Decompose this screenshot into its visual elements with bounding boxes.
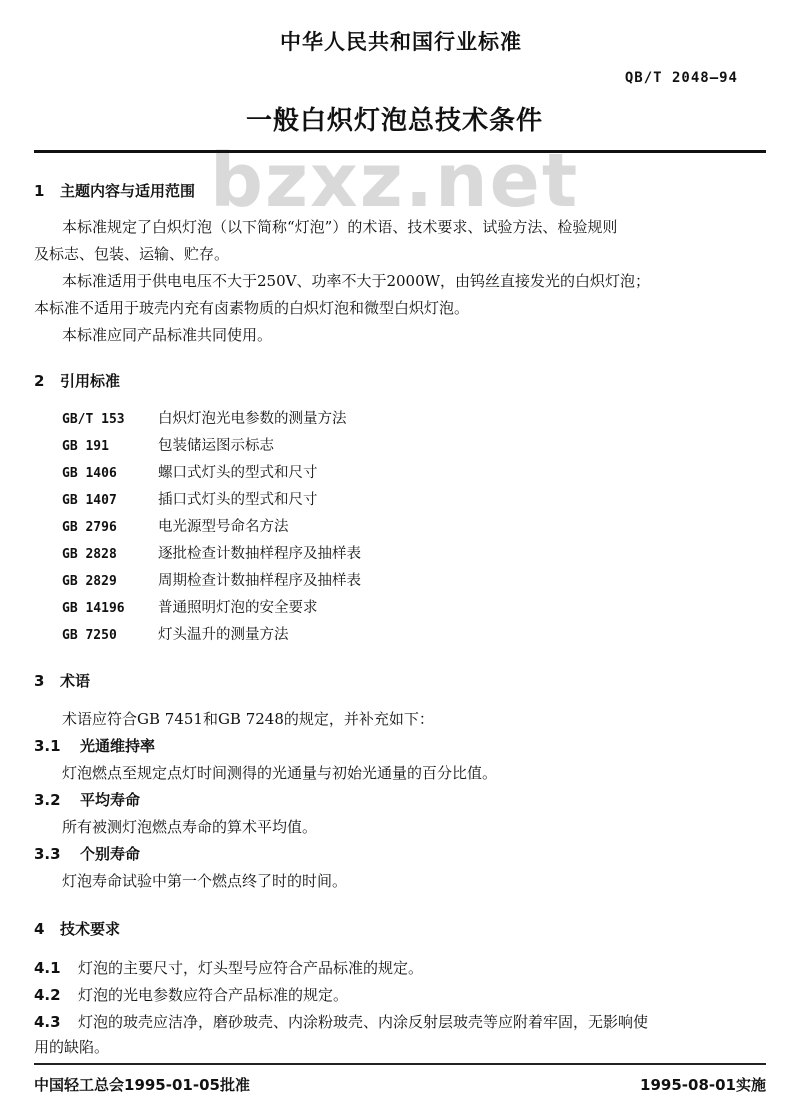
approval-date: 中国轻工总会1995-01-05批准: [34, 1074, 250, 1095]
reference-item: GB 2828逐批检查计数抽样程序及抽样表: [62, 542, 361, 563]
section-title: 技术要求: [60, 920, 120, 938]
footer-rule: [34, 1063, 766, 1065]
standard-code: QB/T 2048—94: [625, 70, 738, 86]
header-rule: [34, 150, 766, 153]
section-number: 1: [34, 182, 60, 200]
reference-item: GB 2829周期检查计数抽样程序及抽样表: [62, 569, 361, 590]
reference-item: GB 1407插口式灯头的型式和尺寸: [62, 488, 318, 509]
effective-date: 1995-08-01实施: [640, 1074, 766, 1095]
section-number: 4: [34, 920, 60, 938]
term-definition: 灯泡寿命试验中第一个燃点终了时的时间。: [62, 870, 347, 891]
requirement-continuation: 用的缺陷。: [34, 1036, 109, 1057]
paragraph-line: 本标准不适用于玻壳内充有卤素物质的白炽灯泡和微型白炽灯泡。: [34, 297, 469, 318]
document-page: bzxz.net 中华人民共和国行业标准 QB/T 2048—94 一般白炽灯泡…: [0, 0, 800, 1112]
section-4-heading: 4技术要求: [34, 918, 120, 939]
section-number: 2: [34, 372, 60, 390]
requirement-item: 4.2灯泡的光电参数应符合产品标准的规定。: [34, 984, 348, 1005]
paragraph-line: 本标准适用于供电电压不大于250V、功率不大于2000W，由钨丝直接发光的白炽灯…: [62, 270, 650, 291]
reference-item: GB 7250灯头温升的测量方法: [62, 623, 289, 644]
reference-item: GB/T 153白炽灯泡光电参数的测量方法: [62, 407, 347, 428]
reference-item: GB 2796电光源型号命名方法: [62, 515, 289, 536]
reference-item: GB 1406螺口式灯头的型式和尺寸: [62, 461, 318, 482]
section-intro: 术语应符合GB 7451和GB 7248的规定，并补充如下：: [62, 708, 434, 729]
paragraph-line: 及标志、包装、运输、贮存。: [34, 243, 229, 264]
requirement-item: 4.3灯泡的玻壳应洁净，磨砂玻壳、内涂粉玻壳、内涂反射层玻壳等应附着牢固，无影响…: [34, 1011, 648, 1032]
term-heading: 3.1光通维持率: [34, 735, 155, 756]
requirement-item: 4.1灯泡的主要尺寸，灯头型号应符合产品标准的规定。: [34, 957, 423, 978]
section-3-heading: 3术语: [34, 670, 90, 691]
term-definition: 灯泡燃点至规定点灯时间测得的光通量与初始光通量的百分比值。: [62, 762, 497, 783]
section-1-heading: 1主题内容与适用范围: [34, 180, 195, 201]
section-title: 主题内容与适用范围: [60, 182, 195, 200]
section-title: 引用标准: [60, 372, 120, 390]
section-2-heading: 2引用标准: [34, 370, 120, 391]
section-title: 术语: [60, 672, 90, 690]
paragraph-line: 本标准规定了白炽灯泡（以下简称“灯泡”）的术语、技术要求、试验方法、检验规则: [62, 216, 617, 237]
term-definition: 所有被测灯泡燃点寿命的算术平均值。: [62, 816, 317, 837]
document-title: 一般白炽灯泡总技术条件: [246, 100, 543, 137]
term-heading: 3.3个别寿命: [34, 843, 140, 864]
paragraph-line: 本标准应同产品标准共同使用。: [62, 324, 272, 345]
term-heading: 3.2平均寿命: [34, 789, 140, 810]
reference-item: GB 191包装储运图示标志: [62, 434, 274, 455]
reference-item: GB 14196普通照明灯泡的安全要求: [62, 596, 318, 617]
section-number: 3: [34, 672, 60, 690]
issuing-organization: 中华人民共和国行业标准: [280, 26, 522, 56]
